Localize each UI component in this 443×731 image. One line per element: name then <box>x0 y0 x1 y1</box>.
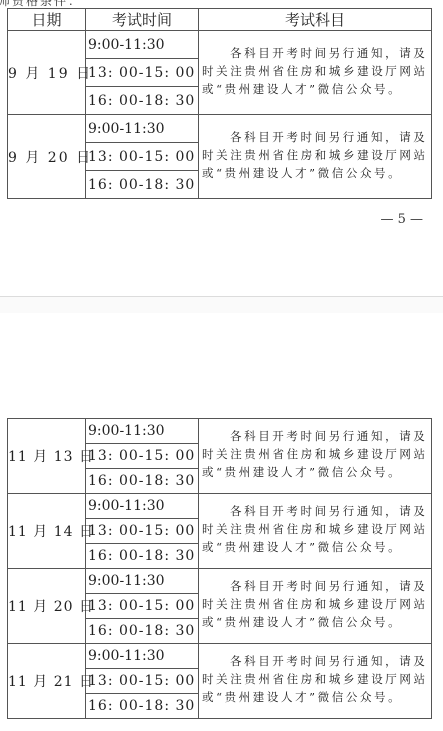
exam-time: 16: 00-18: 30 <box>86 694 199 719</box>
exam-time: 16: 00-18: 30 <box>86 87 199 115</box>
exam-time: 16: 00-18: 30 <box>86 469 199 494</box>
exam-time: 16: 00-18: 30 <box>86 619 199 644</box>
exam-date: 9 月 20 日 <box>8 115 86 199</box>
exam-time: 9:00-11:30 <box>86 419 199 444</box>
exam-note: 各科目开考时间另行通知，请及时关注贵州省住房和城乡建设厅网站或“贵州建设人才”微… <box>199 31 432 115</box>
exam-schedule-table-1: 日期 考试时间 考试科目 9 月 19 日 9:00-11:30 各科目开考时间… <box>7 8 432 199</box>
exam-time: 13: 00-15: 00 <box>86 444 199 469</box>
exam-date: 11 月 20 日 <box>8 569 86 644</box>
page-separator <box>0 296 443 314</box>
document-page-6: 11 月 13 日 9:00-11:30 各科目开考时间另行通知，请及时关注贵州… <box>0 313 443 731</box>
exam-time: 16: 00-18: 30 <box>86 171 199 199</box>
exam-time: 9:00-11:30 <box>86 494 199 519</box>
table-row: 11 月 13 日 9:00-11:30 各科目开考时间另行通知，请及时关注贵州… <box>8 419 432 444</box>
exam-time: 13: 00-15: 00 <box>86 59 199 87</box>
table-row: 11 月 14 日 9:00-11:30 各科目开考时间另行通知，请及时关注贵州… <box>8 494 432 519</box>
document-page-5: 师资格条件： 日期 考试时间 考试科目 9 月 19 日 9:00-11:30 … <box>0 0 443 296</box>
table-row: 9 月 19 日 9:00-11:30 各科目开考时间另行通知，请及时关注贵州省… <box>8 31 432 59</box>
exam-time: 13: 00-15: 00 <box>86 143 199 171</box>
header-date: 日期 <box>8 9 86 31</box>
exam-time: 13: 00-15: 00 <box>86 669 199 694</box>
table-row: 11 月 20 日 9:00-11:30 各科目开考时间另行通知，请及时关注贵州… <box>8 569 432 594</box>
exam-note: 各科目开考时间另行通知，请及时关注贵州省住房和城乡建设厅网站或“贵州建设人才”微… <box>199 419 432 494</box>
exam-time: 16: 00-18: 30 <box>86 544 199 569</box>
exam-note: 各科目开考时间另行通知，请及时关注贵州省住房和城乡建设厅网站或“贵州建设人才”微… <box>199 115 432 199</box>
exam-date: 11 月 21 日 <box>8 644 86 719</box>
exam-date: 9 月 19 日 <box>8 31 86 115</box>
exam-time: 13: 00-15: 00 <box>86 594 199 619</box>
exam-time: 9:00-11:30 <box>86 115 199 143</box>
exam-time: 9:00-11:30 <box>86 31 199 59</box>
exam-time: 9:00-11:30 <box>86 569 199 594</box>
exam-date: 11 月 14 日 <box>8 494 86 569</box>
exam-time: 13: 00-15: 00 <box>86 519 199 544</box>
header-subject: 考试科目 <box>199 9 432 31</box>
table-row: 11 月 21 日 9:00-11:30 各科目开考时间另行通知，请及时关注贵州… <box>8 644 432 669</box>
exam-schedule-table-2: 11 月 13 日 9:00-11:30 各科目开考时间另行通知，请及时关注贵州… <box>7 418 432 719</box>
exam-note: 各科目开考时间另行通知，请及时关注贵州省住房和城乡建设厅网站或“贵州建设人才”微… <box>199 494 432 569</box>
page-number: — 5 — <box>380 212 423 227</box>
table-header-row: 日期 考试时间 考试科目 <box>8 9 432 31</box>
exam-note: 各科目开考时间另行通知，请及时关注贵州省住房和城乡建设厅网站或“贵州建设人才”微… <box>199 569 432 644</box>
exam-note: 各科目开考时间另行通知，请及时关注贵州省住房和城乡建设厅网站或“贵州建设人才”微… <box>199 644 432 719</box>
exam-date: 11 月 13 日 <box>8 419 86 494</box>
table-row: 9 月 20 日 9:00-11:30 各科目开考时间另行通知，请及时关注贵州省… <box>8 115 432 143</box>
exam-time: 9:00-11:30 <box>86 644 199 669</box>
header-time: 考试时间 <box>86 9 199 31</box>
